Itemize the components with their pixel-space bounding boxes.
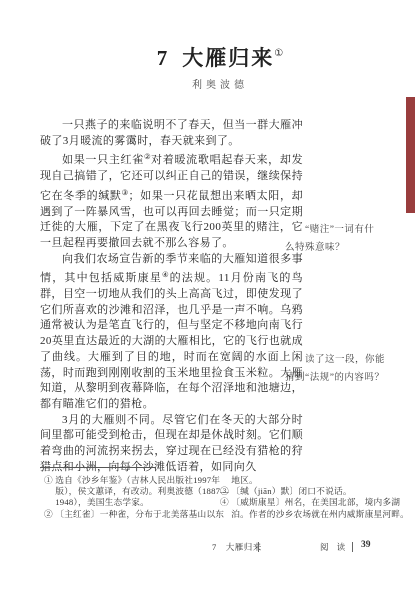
footnote-line: 地区。 bbox=[220, 475, 409, 486]
footer-divider-bar-1 bbox=[258, 542, 259, 552]
margin-note-line: 么特殊意味？ bbox=[285, 239, 413, 257]
paragraph: 一只燕子的来临说明不了春天，但当一群大雁冲破了3月暖流的雾霭时，春天就来到了。 bbox=[40, 118, 303, 149]
margin-note-line: 读了这一段，你能 bbox=[285, 351, 413, 369]
footnote-line: 泊。作者的沙乡农场就在州内威斯康星河畔。 bbox=[220, 509, 409, 520]
page-footer: 7 大雁归来 阅 读 39 bbox=[0, 541, 415, 555]
footnote-divider bbox=[40, 467, 156, 468]
margin-note-line: “赌注”一词有什 bbox=[285, 221, 413, 239]
title-footnote-mark: ① bbox=[274, 48, 283, 59]
footnotes-left-column: ① 选自《沙乡年鉴》（吉林人民出版社1997年 版），侯文蕙译，有改动。利奥波德… bbox=[44, 475, 229, 520]
lesson-number: 7 bbox=[157, 46, 170, 70]
footer-lesson-label: 7 大雁归来 bbox=[212, 541, 262, 553]
footnote-line: ③ 〔缄（jiān）默〕闭口不说话。 bbox=[220, 486, 409, 497]
footer-divider-bar-2 bbox=[352, 542, 353, 552]
margin-note-line: 猜到“法规”的内容吗？ bbox=[285, 369, 413, 387]
footer-page-number: 39 bbox=[361, 540, 371, 550]
paragraph: 如果一只主红雀②对着暖流歌唱起春天来，却发现自己搞错了，它还可以纠正自己的错误，… bbox=[40, 149, 303, 251]
footnote-line: ④ 〔威斯康星〕州名，在美国北部，境内多湖 bbox=[220, 497, 409, 508]
textbook-page: 7大雁归来① 利奥波德 一只燕子的来临说明不了春天，但当一群大雁冲破了3月暖流的… bbox=[0, 0, 415, 592]
footnote-line: 1948），美国生态学家。 bbox=[44, 497, 229, 508]
paragraph: 向我们农场宣告新的季节来临的大雁知道很多事情，其中包括威斯康星④的法规。11月份… bbox=[40, 252, 303, 413]
lesson-body-text: 一只燕子的来临说明不了春天，但当一群大雁冲破了3月暖流的雾霭时，春天就来到了。如… bbox=[40, 118, 303, 475]
footer-section-label: 阅 读 bbox=[320, 541, 348, 553]
lesson-title: 7大雁归来① bbox=[20, 42, 415, 72]
margin-note-question-2: 读了这一段，你能猜到“法规”的内容吗？ bbox=[285, 351, 413, 387]
unit-side-tab bbox=[406, 97, 415, 213]
author-name: 利奥波德 bbox=[20, 76, 415, 91]
lesson-title-text: 大雁归来 bbox=[182, 46, 274, 70]
footnote-line: ① 选自《沙乡年鉴》（吉林人民出版社1997年 bbox=[44, 475, 229, 486]
footnotes-right-column: 地区。③ 〔缄（jiān）默〕闭口不说话。④ 〔威斯康星〕州名，在美国北部，境内… bbox=[220, 475, 409, 520]
margin-note-question-1: “赌注”一词有什么特殊意味？ bbox=[285, 221, 413, 257]
footnote-line: 版），侯文蕙译，有改动。利奥波德（1887— bbox=[44, 486, 229, 497]
footnote-line: ② 〔主红雀〕一种雀，分布于北美落基山以东 bbox=[44, 509, 229, 520]
